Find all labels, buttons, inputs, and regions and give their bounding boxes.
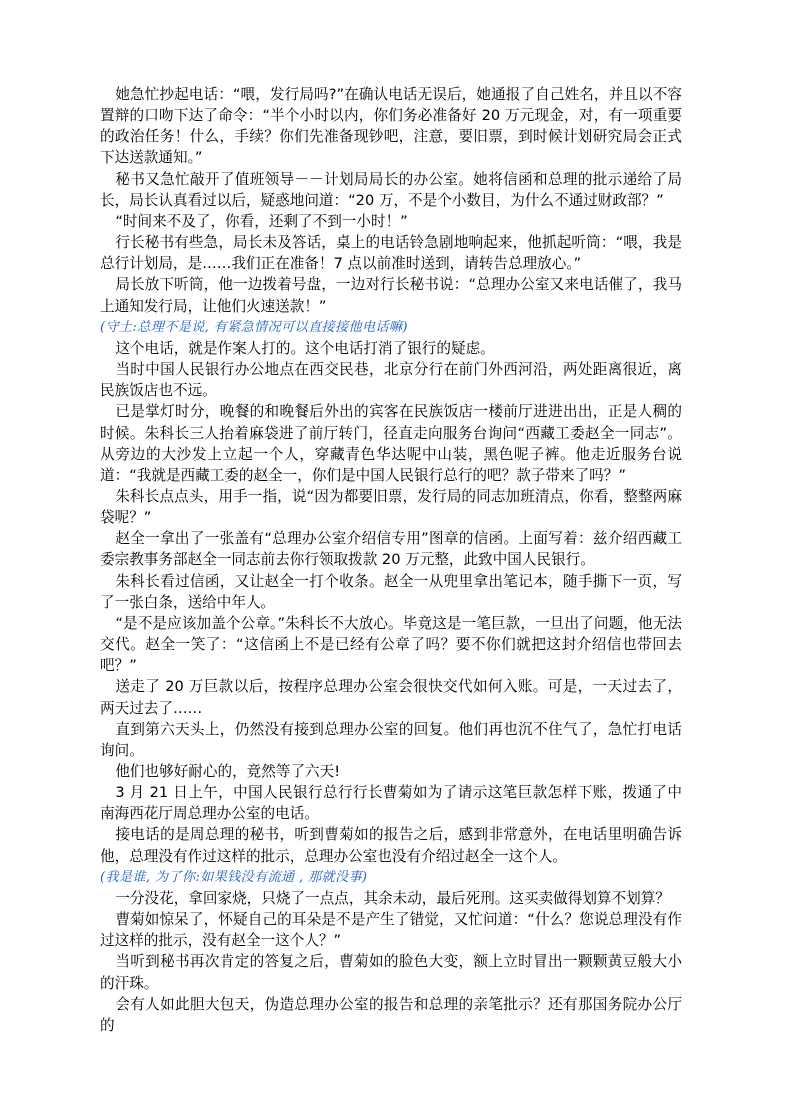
paragraph: 秘书又急忙敲开了值班领导－－计划局局长的办公室。她将信函和总理的批示递给了局长，…	[100, 169, 682, 211]
paragraph: “是不是应该加盖个公章。”朱科长不大放心。毕竟这是一笔巨款，一旦出了问题，他无法…	[100, 613, 682, 676]
paragraph: 接电话的是周总理的秘书，听到曹菊如的报告之后，感到非常意外，在电话里明确告诉他，…	[100, 824, 682, 866]
paragraph: 一分没花，拿回家烧，只烧了一点点，其余未动，最后死刑。这买卖做得划算不划算？	[100, 888, 682, 909]
paragraph: 这个电话，就是作案人打的。这个电话打消了银行的疑虑。	[100, 338, 682, 359]
paragraph: 曹菊如惊呆了，怀疑自己的耳朵是不是产生了错觉，又忙问道：“什么？您说总理没有作过…	[100, 909, 682, 951]
paragraph: 当听到秘书再次肯定的答复之后，曹菊如的脸色大变，额上立时冒出一颗颗黄豆般大小的汗…	[100, 951, 682, 993]
paragraph: 送走了 20 万巨款以后，按程序总理办公室会很快交代如何入账。可是，一天过去了，…	[100, 676, 682, 718]
paragraph: 已是掌灯时分，晚餐的和晚餐后外出的宾客在民族饭店一楼前厅进进出出，正是人稠的时候…	[100, 401, 682, 486]
paragraph: 当时中国人民银行办公地点在西交民巷，北京分行在前门外西河沿，两处距离很近，离民族…	[100, 359, 682, 401]
paragraph: “时间来不及了，你看，还剩了不到一小时！”	[100, 211, 682, 232]
paragraph: 局长放下听筒，他一边拨着号盘，一边对行长秘书说：“总理办公室又来电话催了，我马上…	[100, 274, 682, 316]
document-page: 她急忙抄起电话：“喂，发行局吗?”在确认电话无误后，她通报了自己姓名，并且以不容…	[100, 84, 682, 1036]
paragraph: 她急忙抄起电话：“喂，发行局吗?”在确认电话无误后，她通报了自己姓名，并且以不容…	[100, 84, 682, 169]
paragraph: 朱科长点点头，用手一指，说“因为都要旧票，发行局的同志加班清点，你看，整整两麻袋…	[100, 486, 682, 528]
annotation-note: (我是谁, 为了你:如果钱没有流通 , 那就没事)	[100, 867, 682, 888]
paragraph: 直到第六天头上，仍然没有接到总理办公室的回复。他们再也沉不住气了，急忙打电话询问…	[100, 719, 682, 761]
annotation-note: (守土:总理不是说, 有紧急情况可以直接接他电话嘛)	[100, 317, 682, 338]
paragraph: 行长秘书有些急，局长未及答话，桌上的电话铃急剧地响起来，他抓起听筒：“喂，我是总…	[100, 232, 682, 274]
paragraph: 3 月 21 日上午，中国人民银行总行行长曹菊如为了请示这笔巨款怎样下账，拨通了…	[100, 782, 682, 824]
paragraph: 他们也够好耐心的，竟然等了六天!	[100, 761, 682, 782]
paragraph: 朱科长看过信函，又让赵全一打个收条。赵全一从兜里拿出笔记本，随手撕下一页，写了一…	[100, 571, 682, 613]
paragraph: 会有人如此胆大包天，伪造总理办公室的报告和总理的亲笔批示？还有那国务院办公厅的	[100, 994, 682, 1036]
paragraph: 赵全一拿出了一张盖有“总理办公室介绍信专用”图章的信函。上面写着：兹介绍西藏工委…	[100, 528, 682, 570]
